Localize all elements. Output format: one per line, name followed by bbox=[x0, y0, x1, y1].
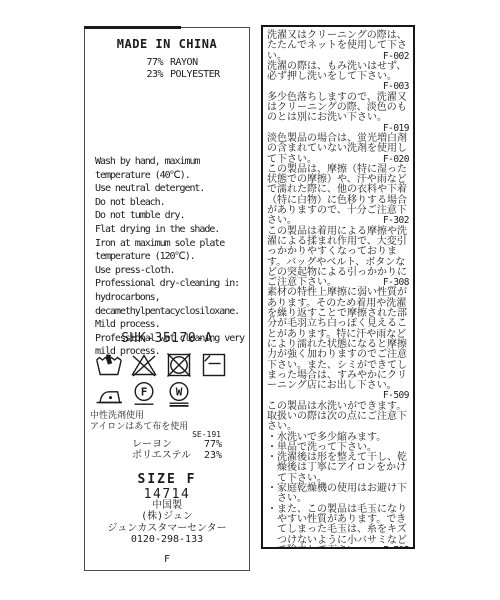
care-label-right: 洗濯又はクリーニングの際は、たたんでネットを使用して下さい。F-002洗濯の際は… bbox=[261, 25, 415, 549]
care-note: ・また、この製品は毛玉になりやすい性質があります。できてしまった毛玉は、糸をキズ… bbox=[267, 505, 409, 549]
jp-usage-note-detergent: 中性洗剤使用 bbox=[90, 411, 188, 422]
maker-block: 中国製 (株)ジュン ジュンカスタマーセンター 0120-298-133 bbox=[85, 500, 249, 545]
care-line-en: Use neutral detergent. bbox=[95, 182, 248, 196]
care-symbols-row-1 bbox=[94, 352, 229, 378]
svg-text:F: F bbox=[141, 386, 148, 399]
care-line-en: temperature (120℃). bbox=[95, 250, 248, 264]
care-line-en: Iron at maximum sole plate bbox=[95, 237, 248, 251]
care-line-en: temperature (40℃). bbox=[95, 169, 248, 183]
care-note: ・洗濯後は形を整えて干し、乾燥後は丁寧にアイロンをかけて下さい。 bbox=[267, 453, 409, 484]
jp-usage-note-iron: アイロンはあて布を使用 bbox=[90, 422, 188, 433]
care-line-en: hydrocarbons, bbox=[95, 291, 248, 305]
composition-en-row: 77%RAYON bbox=[85, 57, 249, 69]
care-symbols-row-2: F W bbox=[94, 381, 194, 407]
care-label-left: MADE IN CHINA 77%RAYON23%POLYESTER Wash … bbox=[84, 27, 250, 571]
care-note: 多少色落ちしますので、洗濯又はクリーニングの際、淡色のものとは別にお洗い下さい。… bbox=[267, 93, 409, 134]
care-line-en: Use press-cloth. bbox=[95, 264, 248, 278]
care-note: 洗濯又はクリーニングの際は、たたんでネットを使用して下さい。F-002 bbox=[267, 31, 409, 62]
dry-clean-f-icon: F bbox=[129, 381, 159, 407]
fiber-percent: 77% bbox=[204, 440, 222, 451]
composition-jp-row: ポリエステル23% bbox=[132, 451, 222, 462]
hand-wash-icon bbox=[94, 352, 124, 378]
do-not-tumble-dry-icon bbox=[164, 352, 194, 378]
jp-usage-notes: 中性洗剤使用 アイロンはあて布を使用 bbox=[90, 411, 188, 432]
care-note: 洗濯の際は、もみ洗いはせず、必ず押し洗いをして下さい。F-003 bbox=[267, 62, 409, 93]
care-note: この製品は水洗いができます。取扱いの際は次の点にご注意下さい。 bbox=[267, 402, 409, 433]
care-notes: 洗濯又はクリーニングの際は、たたんでネットを使用して下さい。F-002洗濯の際は… bbox=[267, 31, 409, 549]
note-code: F-705 bbox=[387, 546, 409, 549]
fiber-name: RAYON bbox=[170, 57, 198, 69]
care-note: 素材の特性上摩擦に弱い性質があります。そのため着用や洗濯を繰り返すことで摩擦され… bbox=[267, 288, 409, 401]
care-note: この製品は着用による摩擦や洗濯による揉まれ作用で、大変引っかかりやすくなっており… bbox=[267, 227, 409, 289]
care-line-en: Wash by hand, maximum bbox=[95, 155, 248, 169]
fiber-percent: 23% bbox=[204, 451, 222, 462]
print-registration-mark bbox=[84, 26, 181, 29]
care-line-en: Mild process. bbox=[95, 318, 248, 332]
flat-dry-shade-icon bbox=[199, 352, 229, 378]
ref-code: SE-191 bbox=[192, 430, 221, 439]
customer-center: ジュンカスタマーセンター bbox=[85, 523, 249, 534]
size-label: SIZE F bbox=[85, 472, 249, 487]
fiber-name: POLYESTER bbox=[170, 69, 220, 81]
origin-text: MADE IN CHINA bbox=[85, 37, 249, 51]
svg-text:W: W bbox=[176, 386, 183, 399]
iron-low-heat-icon bbox=[94, 381, 124, 407]
company-name: (株)ジュン bbox=[85, 511, 249, 522]
phone-number: 0120-298-133 bbox=[85, 534, 249, 545]
fiber-name: レーヨン bbox=[132, 440, 172, 451]
care-line-en: Do not tumble dry. bbox=[95, 209, 248, 223]
care-instructions-en: Wash by hand, maximumtemperature (40℃).U… bbox=[95, 155, 248, 359]
care-line-en: decamethylpentacyclosiloxane. bbox=[95, 305, 248, 319]
fiber-percent: 23% bbox=[85, 69, 163, 81]
composition-jp: レーヨン77%ポリエステル23% bbox=[132, 440, 222, 461]
wet-clean-w-icon: W bbox=[164, 381, 194, 407]
care-note: この製品は、摩擦（特に湿った状態での摩擦）や、汗や雨などで濡れた際に、他の衣料や… bbox=[267, 165, 409, 227]
do-not-bleach-icon bbox=[129, 352, 159, 378]
composition-jp-row: レーヨン77% bbox=[132, 440, 222, 451]
care-line-en: Flat drying in the shade. bbox=[95, 223, 248, 237]
care-line-en: Do not bleach. bbox=[95, 196, 248, 210]
care-note: ・家庭乾燥機の使用はお避け下さい。 bbox=[267, 484, 409, 505]
care-line-en: Professional dry-cleaning in: bbox=[95, 277, 248, 291]
composition-en-row: 23%POLYESTER bbox=[85, 69, 249, 81]
bottom-size-code: F bbox=[85, 554, 249, 565]
product-code: SHK-35170-A bbox=[85, 331, 249, 346]
fiber-name: ポリエステル bbox=[132, 451, 191, 462]
care-note: 淡色製品の場合は、蛍光増白剤の含まれていない洗剤を使用して下さい。F-020 bbox=[267, 134, 409, 165]
composition-en: 77%RAYON23%POLYESTER bbox=[85, 57, 249, 81]
fiber-percent: 77% bbox=[85, 57, 163, 69]
country-of-origin: 中国製 bbox=[85, 500, 249, 511]
care-label-scan: { "page": { "background": "#ffffff", "in… bbox=[0, 0, 500, 600]
